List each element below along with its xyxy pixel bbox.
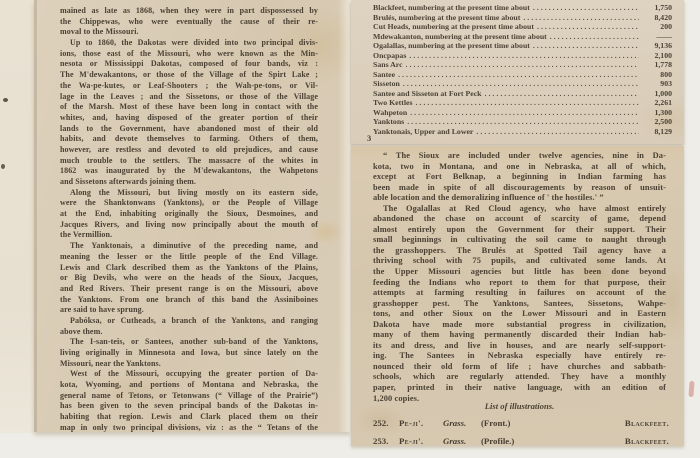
- text-line: much trouble to the settlers. The massac…: [60, 156, 318, 167]
- illustration-name: Pe-ji'.: [399, 436, 443, 446]
- illustration-number: 252.: [373, 418, 399, 428]
- text-line: Along the Missouri, but living mostly on…: [60, 188, 318, 199]
- text-line: thriving school with 75 pupils, and cult…: [373, 256, 666, 267]
- text-line: 1862 was inaugurated by the M'dewakanton…: [60, 166, 318, 177]
- text-line: or Big Devils, who were on the heads of …: [60, 273, 318, 284]
- right-text-column: “ The Sioux are included under twelve ag…: [373, 151, 666, 404]
- tribe-label: Santee and Sisseton at Fort Peck: [373, 89, 482, 99]
- ink-speck: [1, 164, 5, 169]
- text-line: are said to have sprung.: [60, 305, 318, 316]
- dot-leader: [533, 41, 639, 51]
- text-line: ions, those east of the Missouri, who we…: [60, 49, 318, 60]
- dot-leader: [398, 70, 639, 80]
- text-line: Up to 1860, the Dakotas were divided int…: [60, 38, 318, 49]
- text-line: mained as late as 1868, when they were i…: [60, 6, 318, 17]
- text-line: and Sissetons afterwards joining them.: [60, 177, 318, 188]
- table-row: Brulés, numbering at the present time ab…: [373, 13, 672, 23]
- text-line: at the End, inhabiting originally the Si…: [60, 209, 318, 220]
- illustrations-list: 252. Pe-ji'. Grass. (Front.) Blackfeet. …: [373, 418, 669, 453]
- illustration-row: 252. Pe-ji'. Grass. (Front.) Blackfeet.: [373, 418, 669, 436]
- text-line: above them.: [60, 327, 318, 338]
- dot-leader: [533, 3, 639, 13]
- tribe-label: Blackfeet, numbering at the present time…: [373, 3, 530, 13]
- text-line: of the Marsh. Most of these have been lo…: [60, 102, 318, 113]
- tribe-label: Yanktons: [373, 117, 404, 127]
- dot-leader: [410, 108, 639, 118]
- text-line: Lewis and Clark described them as the Ya…: [60, 263, 318, 274]
- red-stain: [688, 381, 694, 397]
- text-line: map in only two principal divisions, viz…: [60, 423, 318, 434]
- text-line: feeding the Indians who report to them f…: [373, 278, 666, 289]
- text-line: nounced their old form of life ; have ch…: [373, 362, 666, 373]
- tribe-label: Wahpeton: [373, 108, 407, 118]
- tribe-census-table: Blackfeet, numbering at the present time…: [373, 3, 672, 136]
- table-row: Yanktonais, Upper and Lower 8,129: [373, 127, 672, 137]
- page-number: 3: [367, 133, 371, 143]
- table-row: Mdewakanton, numbering at the present ti…: [373, 32, 672, 42]
- text-line: lage in the Leaves ; and the Sissetons, …: [60, 92, 318, 103]
- text-line: The Ogalallas at Red Cloud agency, who h…: [373, 204, 666, 215]
- document-scan: mained as late as 1868, when they were i…: [0, 0, 700, 458]
- text-line: attempts at farming resulting in failure…: [373, 288, 666, 299]
- table-row: Sisseton 903: [373, 79, 672, 89]
- tribe-count: 2,100: [642, 51, 672, 61]
- text-line: meaning the lesser or the little people …: [60, 252, 318, 263]
- text-line: almost entirely upon the Government for …: [373, 225, 666, 236]
- text-line: The Yanktonais, a diminutive of the prec…: [60, 241, 318, 252]
- text-line: its and dress, and live in houses, and a…: [373, 341, 666, 352]
- table-row: Blackfeet, numbering at the present time…: [373, 3, 672, 13]
- text-line: schools, which are regularly attended. T…: [373, 372, 666, 383]
- text-line: whites, and, having disposed of the grea…: [60, 113, 318, 124]
- tribe-count: 200: [642, 22, 672, 32]
- text-line: small beginnings in cultivating the soil…: [373, 235, 666, 246]
- text-line: tons, and other Sioux on the Lower Misso…: [373, 309, 666, 320]
- text-line: habits, and devote themselves to farming…: [60, 134, 318, 145]
- text-line: habiting that region. Lewis and Clark pl…: [60, 412, 318, 423]
- illustrations-heading: List of illustrations.: [373, 401, 666, 411]
- table-row: Yanktons 2,500: [373, 117, 672, 127]
- text-line: the Vermillion.: [60, 230, 318, 241]
- tribe-count: 2,261: [642, 98, 672, 108]
- illustration-view: (Profile.): [481, 436, 625, 446]
- text-line: the Upper Missouri agencies but little h…: [373, 267, 666, 278]
- table-row: Ogalallas, numbering at the present time…: [373, 41, 672, 51]
- text-line: the Yanktons. From one branch of this ba…: [60, 295, 318, 306]
- text-line: abandoned the chase on account of scarci…: [373, 214, 666, 225]
- illustration-translation: Grass.: [443, 436, 481, 446]
- illustration-name: Pe-ji'.: [399, 418, 443, 428]
- dot-leader: [409, 51, 639, 61]
- illustration-view: (Front.): [481, 418, 625, 428]
- illustration-translation: Grass.: [443, 418, 481, 428]
- text-line: many of them having permanently discarde…: [373, 330, 666, 341]
- illustration-tribe: Blackfeet.: [625, 418, 669, 428]
- underlying-page-edge: [0, 0, 34, 433]
- text-line: grasshopper pest. The Yanktons, Santees,…: [373, 299, 666, 310]
- table-row: Santee 800: [373, 70, 672, 80]
- tribe-count: 1,778: [642, 60, 672, 70]
- tribe-count: 1,300: [642, 108, 672, 118]
- tribe-label: Santee: [373, 70, 395, 80]
- table-row: Two Kettles 2,261: [373, 98, 672, 108]
- text-line: been made in spite of all discouragement…: [373, 183, 666, 194]
- table-row: Cut Heads, numbering at the present time…: [373, 22, 672, 32]
- text-line: The M'dewakantons, or those of the Villa…: [60, 70, 318, 81]
- text-line: able location and the demoralizing influ…: [373, 193, 666, 204]
- tribe-label: Oncpapas: [373, 51, 406, 61]
- left-text-column: mained as late as 1868, when they were i…: [60, 6, 318, 434]
- text-line: has been given to the seven principal ba…: [60, 401, 318, 412]
- illustration-tribe: Blackfeet.: [625, 436, 669, 446]
- tribe-label: Sisseton: [373, 79, 400, 89]
- tribe-label: Ogalallas, numbering at the present time…: [373, 41, 530, 51]
- dot-leader: [403, 79, 639, 89]
- text-line: Jacques Rivers, and living now principal…: [60, 220, 318, 231]
- text-line: the grasshoppers. The Brulés at Spotted …: [373, 246, 666, 257]
- text-line: ing. The Santees in Nebraska especially …: [373, 351, 666, 362]
- tribe-label: Cut Heads, numbering at the present time…: [373, 22, 534, 32]
- tribe-count: 8,129: [642, 127, 672, 137]
- ink-speck: [3, 98, 8, 102]
- dot-leader: [407, 117, 639, 127]
- illustration-number: 253.: [373, 436, 399, 446]
- table-row: Santee and Sisseton at Fort Peck 1,000: [373, 89, 672, 99]
- table-row: Oncpapas 2,100: [373, 51, 672, 61]
- tribe-label: Sans Arc: [373, 60, 403, 70]
- text-line: and Red Rivers. Their present range is o…: [60, 284, 318, 295]
- tribe-count: 8,420: [642, 13, 672, 23]
- dot-leader: [406, 60, 639, 70]
- text-line: nesota or Mississippi Dakotas, composed …: [60, 59, 318, 70]
- dot-leader: [537, 22, 639, 32]
- text-line: kota, two in Montana, and one in Nebrask…: [373, 162, 666, 173]
- tribe-label: Yanktonais, Upper and Lower: [373, 127, 473, 137]
- tribe-count: 800: [642, 70, 672, 80]
- text-line: the Chippewas, who were eventually the c…: [60, 17, 318, 28]
- tribe-count: 1,750: [642, 3, 672, 13]
- text-line: however, are restless and devoted to old…: [60, 145, 318, 156]
- tribe-label: Two Kettles: [373, 98, 412, 108]
- table-row: Wahpeton 1,300: [373, 108, 672, 118]
- text-line: Missouri, near the Yanktons.: [60, 359, 318, 370]
- tribe-count: 9,136: [642, 41, 672, 51]
- dot-leader: [523, 13, 639, 23]
- text-line: West of the Missouri, occupying the grea…: [60, 369, 318, 380]
- table-row: Sans Arc 1,778: [373, 60, 672, 70]
- text-line: lands to the Government, have abandoned …: [60, 124, 318, 135]
- tribe-count: ——: [642, 32, 672, 42]
- text-line: paper, printed in their native language,…: [373, 383, 666, 394]
- text-line: living originally in Minnesota and Iowa,…: [60, 348, 318, 359]
- dot-leader: [550, 32, 639, 42]
- dot-leader: [485, 89, 639, 99]
- text-line: general name of Tetons, or Tetonwans (“ …: [60, 391, 318, 402]
- tribe-count: 2,500: [642, 117, 672, 127]
- text-line: except at Fort Belknap, a beginning in I…: [373, 172, 666, 183]
- tribe-count: 1,000: [642, 89, 672, 99]
- text-line: “ The Sioux are included under twelve ag…: [373, 151, 666, 162]
- text-line: Pabóksa, or Cutheads, a branch of the Ya…: [60, 316, 318, 327]
- text-line: Dakota have made more substantial progre…: [373, 320, 666, 331]
- text-line: kota, Wyoming, and portions of Montana a…: [60, 380, 318, 391]
- illustration-row: 253. Pe-ji'. Grass. (Profile.) Blackfeet…: [373, 436, 669, 454]
- text-line: were the Shanktonwans (Yanktons), or the…: [60, 198, 318, 209]
- dot-leader: [476, 127, 639, 137]
- dot-leader: [415, 98, 639, 108]
- text-line: the Wa-pe-kutes, or Leaf-Shooters ; the …: [60, 81, 318, 92]
- tribe-count: 903: [642, 79, 672, 89]
- tribe-label: Brulés, numbering at the present time ab…: [373, 13, 520, 23]
- tribe-label: Mdewakanton, numbering at the present ti…: [373, 32, 547, 42]
- text-line: The I-san-teis, or Santees, another sub-…: [60, 337, 318, 348]
- text-line: moval to the Missouri.: [60, 27, 318, 38]
